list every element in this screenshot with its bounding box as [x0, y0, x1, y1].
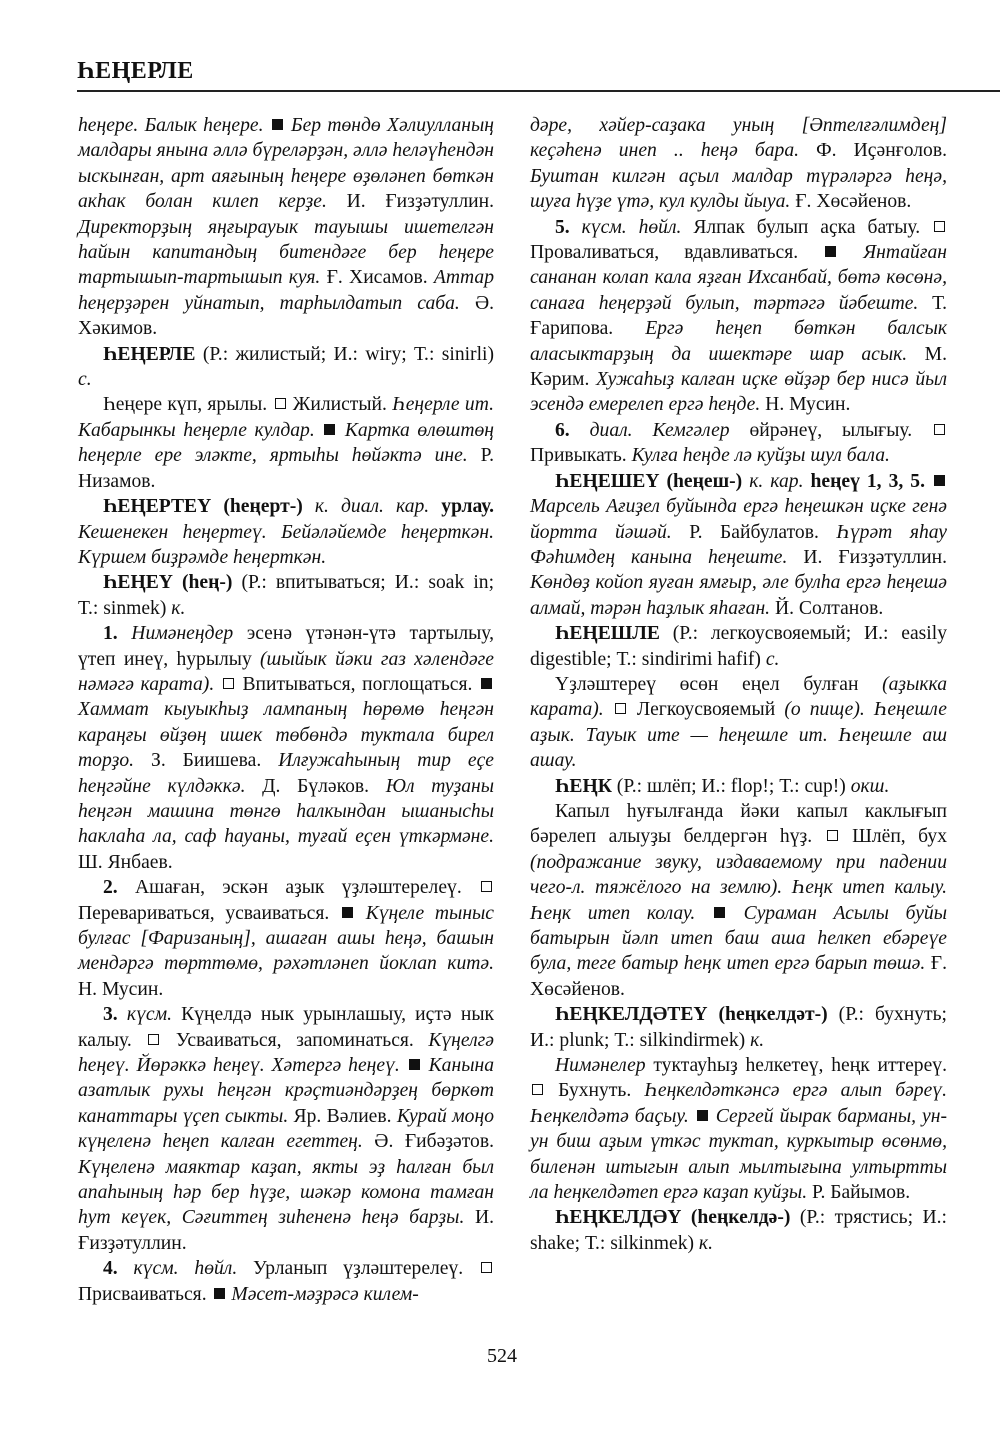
filled-square-icon — [825, 246, 836, 257]
text: Усваиваться, запоминаться. — [161, 1030, 428, 1051]
italic-text: Көндөҙ койоп яуған ямғыр, әле булһа ергә… — [530, 572, 947, 618]
text: Ш. Янбаев. — [78, 852, 173, 873]
filled-square-icon — [934, 475, 945, 486]
text: Присваиваться. — [78, 1284, 212, 1305]
text: Р. Байбулатов. — [672, 522, 837, 543]
bold-text: 6. — [555, 420, 590, 441]
dictionary-paragraph: ҺЕҢК (Р.: шлёп; И.: flop!; Т.: cup!) окш… — [530, 774, 947, 799]
text: З. Биишева. — [134, 750, 278, 771]
text: (Р.: жилистый; И.: wiry; Т.: sinirli) — [195, 344, 494, 365]
open-square-icon — [934, 221, 945, 232]
text: Бухнуть. — [545, 1080, 644, 1101]
italic-text: күсм. һөйл. — [134, 1258, 238, 1279]
dictionary-paragraph: ҺЕҢЕРТЕҮ (һеңерт-) к. диал. кар. урлау. … — [78, 494, 494, 570]
bold-text: ҺЕҢЕРЛЕ — [103, 344, 195, 365]
page-number: 524 — [487, 1345, 517, 1368]
text: Легкоусвояемый — [628, 699, 785, 720]
dictionary-paragraph: һеңере. Балык һеңере. Бер төндө Хәлиулла… — [78, 113, 494, 342]
italic-text: с. — [766, 649, 780, 670]
italic-text: Мәсет-мәҙрәсә килем- — [227, 1284, 419, 1305]
dictionary-paragraph: дәре, хәйер-саҙака уның [Әптелғәлимдең] … — [530, 113, 947, 215]
dictionary-paragraph: Нимәнелер туктауһыҙ һелкетеү, һеңк иттер… — [530, 1053, 947, 1205]
filled-square-icon — [342, 907, 353, 918]
italic-text: к. диал. кар. — [315, 496, 441, 517]
text: Проваливаться, вдавливаться. — [530, 242, 823, 263]
open-square-icon — [148, 1034, 159, 1045]
filled-square-icon — [214, 1288, 225, 1299]
bold-text: 4. — [103, 1258, 134, 1279]
italic-text: Кулға һеңде лә куйҙы шул бала. — [632, 445, 890, 466]
text: Һеңере күп, ярылы. — [103, 394, 273, 415]
text: Ашаған, эскән аҙык үҙләштерелеү. — [135, 877, 479, 898]
bold-text: ҺЕҢКЕЛДӘҮ (һеңкелдә-) — [555, 1207, 790, 1228]
text: (Р.: шлёп; И.: flop!; Т.: cup!) — [612, 776, 851, 797]
text — [604, 699, 613, 720]
text: Н. Мусин. — [78, 979, 163, 1000]
filled-square-icon — [272, 119, 283, 130]
text: Үҙләштереү өсөн еңел булған — [555, 674, 882, 695]
text: Яр. Вәлиев. — [288, 1106, 397, 1127]
text: Р. Байымов. — [807, 1182, 910, 1203]
text: Ялпак булып аҫка батыу. — [681, 217, 932, 238]
text: Й. Солтанов. — [770, 598, 883, 619]
open-square-icon — [934, 424, 945, 435]
filled-square-icon — [409, 1059, 420, 1070]
open-square-icon — [275, 398, 286, 409]
italic-text: Нимәнелер — [555, 1055, 646, 1076]
dictionary-paragraph: 2. Ашаған, эскән аҙык үҙләштерелеү. Пере… — [78, 875, 494, 1002]
bold-text: 2. — [103, 877, 135, 898]
text: Ғ. Хисамов. — [320, 267, 434, 288]
dictionary-paragraph: ҺЕҢЕҮ (һең-) (Р.: впитываться; И.: soak … — [78, 570, 494, 621]
dictionary-paragraph: Үҙләштереү өсөн еңел булған (аҙыкка кара… — [530, 672, 947, 774]
italic-text: Нимәнеңдер — [131, 623, 233, 644]
bold-text: һеңеү 1, 3, 5. — [810, 471, 932, 492]
dictionary-paragraph: 4. күсм. һөйл. Урланып үҙләштерелеү. При… — [78, 1256, 494, 1307]
header-rule — [77, 90, 1000, 92]
open-square-icon — [481, 1262, 492, 1273]
dictionary-paragraph: 5. күсм. һөйл. Ялпак булып аҫка батыу. П… — [530, 215, 947, 418]
text: Д. Бүләков. — [245, 776, 385, 797]
italic-text: диал. Кемгәлер — [590, 420, 730, 441]
open-square-icon — [827, 830, 838, 841]
bold-text: 5. — [555, 217, 582, 238]
text: өйрәнеү, ылығыу. — [730, 420, 932, 441]
text: Ә. Ғибәҙәтов. — [363, 1131, 494, 1152]
right-column: дәре, хәйер-саҙака уның [Әптелғәлимдең] … — [530, 113, 947, 1256]
bold-text: ҺЕҢЕҮ (һең-) — [103, 572, 232, 593]
text: Ғ. Хөсәйенов. — [790, 191, 911, 212]
italic-text: к. — [171, 598, 185, 619]
text — [214, 674, 221, 695]
bold-text: ҺЕҢЕШЛЕ — [555, 623, 660, 644]
italic-text: күсм. — [127, 1004, 172, 1025]
dictionary-paragraph: ҺЕҢЕШЕҮ (һеңеш-) к. кар. һеңеү 1, 3, 5. … — [530, 469, 947, 621]
dictionary-paragraph: ҺЕҢКЕЛДӘТЕҮ (һеңкелдәт-) (Р.: бухнуть; И… — [530, 1002, 947, 1053]
open-square-icon — [223, 678, 234, 689]
open-square-icon — [481, 881, 492, 892]
filled-square-icon — [324, 424, 335, 435]
italic-text: Күңеленә маяктар каҙап, якты эҙ һалған б… — [78, 1157, 494, 1229]
text: Впитываться, поглощаться. — [236, 674, 479, 695]
text: Перевариваться, усваиваться. — [78, 903, 340, 924]
bold-text: ҺЕҢКЕЛДӘТЕҮ (һеңкелдәт-) — [555, 1004, 828, 1025]
text: Привыкать. — [530, 445, 632, 466]
text: туктауһыҙ һелкетеү, һеңк иттереү. — [646, 1055, 947, 1076]
dictionary-paragraph: Капыл һуғылғанда йәки капыл каклығып бәр… — [530, 799, 947, 1002]
bold-text: 1. — [103, 623, 131, 644]
text: Н. Мусин. — [760, 394, 850, 415]
text: Урланып үҙләштерелеү. — [237, 1258, 479, 1279]
italic-text: к. — [750, 1030, 764, 1051]
italic-text: окш. — [851, 776, 890, 797]
italic-text: к. — [699, 1233, 713, 1254]
text: И. Ғизҙәтуллин. — [787, 547, 947, 568]
italic-text: һеңере. Балык һеңере. — [78, 115, 270, 136]
text: Шлёп, бух — [840, 826, 947, 847]
filled-square-icon — [714, 907, 725, 918]
filled-square-icon — [481, 678, 492, 689]
running-head: ҺЕҢЕРЛЕ — [77, 58, 194, 85]
bold-text: ҺЕҢЕРТЕҮ (һеңерт-) — [103, 496, 315, 517]
open-square-icon — [532, 1084, 543, 1095]
dictionary-paragraph: 1. Нимәнеңдер эсенә үтәнән-үтә тартылыу,… — [78, 621, 494, 875]
dictionary-paragraph: ҺЕҢЕРЛЕ (Р.: жилистый; И.: wiry; Т.: sin… — [78, 342, 494, 393]
open-square-icon — [615, 703, 626, 714]
text: Жилистый. — [288, 394, 393, 415]
bold-text: 3. — [103, 1004, 127, 1025]
dictionary-paragraph: ҺЕҢЕШЛЕ (Р.: легкоусвояемый; И.: easily … — [530, 621, 947, 672]
italic-text: Кешенекен һеңертеү. Бейәләйемде һеңерткә… — [78, 522, 494, 568]
dictionary-paragraph: ҺЕҢКЕЛДӘҮ (һеңкелдә-) (Р.: трястись; И.:… — [530, 1205, 947, 1256]
dictionary-paragraph: 6. диал. Кемгәлер өйрәнеү, ылығыу. Привы… — [530, 418, 947, 469]
text: И. Ғизҙәтуллин. — [327, 191, 494, 212]
left-column: һеңере. Балык һеңере. Бер төндө Хәлиулла… — [78, 113, 494, 1307]
filled-square-icon — [697, 1110, 708, 1121]
italic-text: с. — [78, 369, 92, 390]
text: Ф. Иҫәнғолов. — [799, 140, 947, 161]
italic-text: к. кар. — [749, 471, 810, 492]
bold-text: ҺЕҢЕШЕҮ (һеңеш-) — [555, 471, 749, 492]
italic-text: күсм. һөйл. — [582, 217, 682, 238]
bold-text: ҺЕҢК — [555, 776, 612, 797]
dictionary-paragraph: Һеңере күп, ярылы. Жилистый. Һеңерле ит.… — [78, 392, 494, 494]
dictionary-paragraph: 3. күсм. Күңелдә нык урынлашыу, иҫтә нык… — [78, 1002, 494, 1256]
bold-text: урлау. — [441, 496, 494, 517]
